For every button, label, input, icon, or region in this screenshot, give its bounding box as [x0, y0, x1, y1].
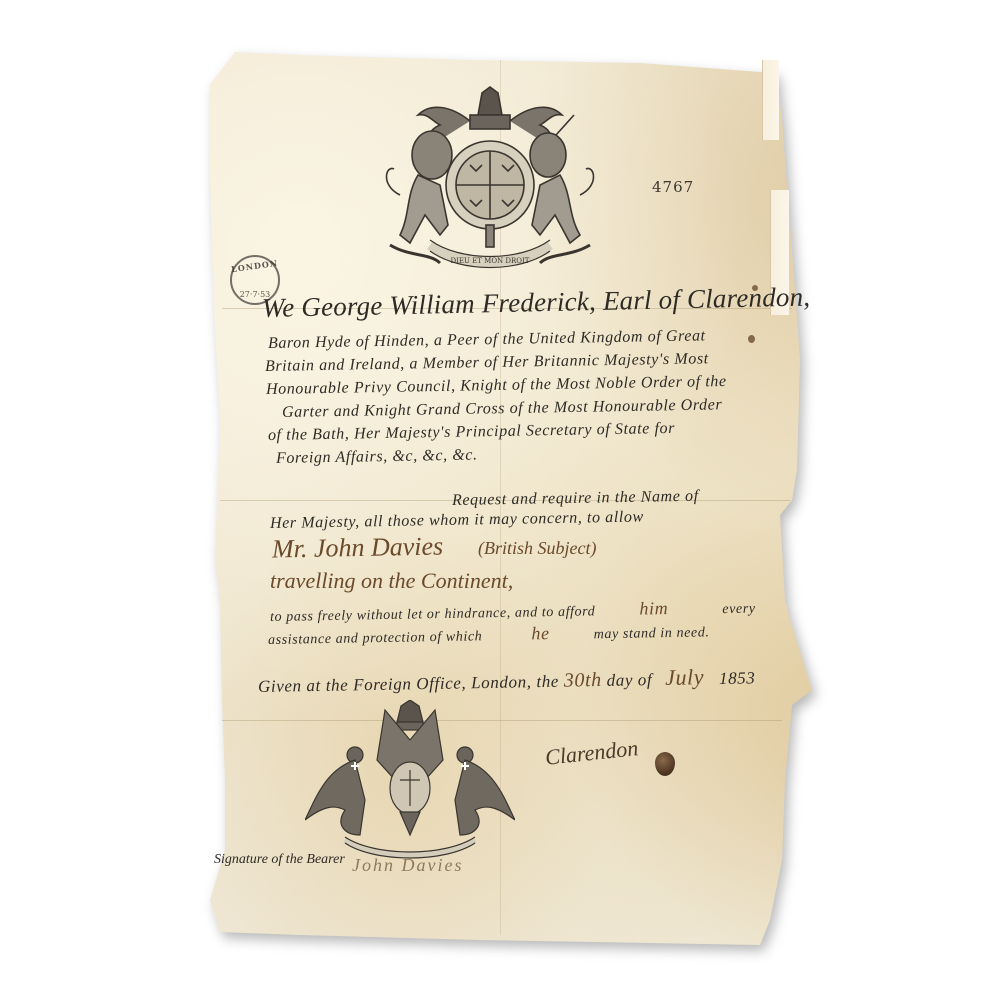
pass-line-1-end: every: [722, 602, 756, 618]
titles-line-6: Foreign Affairs, &c, &c, &c.: [276, 446, 478, 468]
travel-purpose: travelling on the Continent,: [270, 568, 513, 594]
torn-edge-upper: [762, 60, 779, 140]
pronoun-him: him: [639, 598, 668, 618]
given-year: 1853: [719, 668, 756, 688]
postmark-city: LONDON: [231, 258, 279, 274]
given-text: Given at the Foreign Office, London, the: [258, 672, 559, 696]
given-day: 30th: [564, 669, 602, 692]
royal-arms-icon: DIEU ET MON DROIT: [370, 85, 610, 275]
foreign-office-eagle-crest: [305, 700, 515, 870]
bearer-name: Mr. John Davies: [272, 532, 444, 565]
pass-line-2-text: assistance and protection of which: [268, 629, 483, 648]
serial-number: 4767: [652, 178, 694, 196]
pass-line-2-end: may stand in need.: [594, 625, 710, 642]
pronoun-he: he: [531, 623, 550, 643]
double-eagle-icon: [305, 700, 515, 870]
bearer-status: (British Subject): [478, 538, 596, 559]
royal-coat-of-arms: DIEU ET MON DROIT: [370, 85, 610, 275]
given-month: July: [665, 664, 704, 690]
bearer-signature: John Davies: [352, 855, 463, 876]
given-mid: day of: [606, 670, 652, 690]
ink-spot: [748, 335, 755, 343]
royal-motto: DIEU ET MON DROIT: [451, 257, 530, 265]
bearer-signature-label: Signature of the Bearer: [214, 852, 345, 868]
